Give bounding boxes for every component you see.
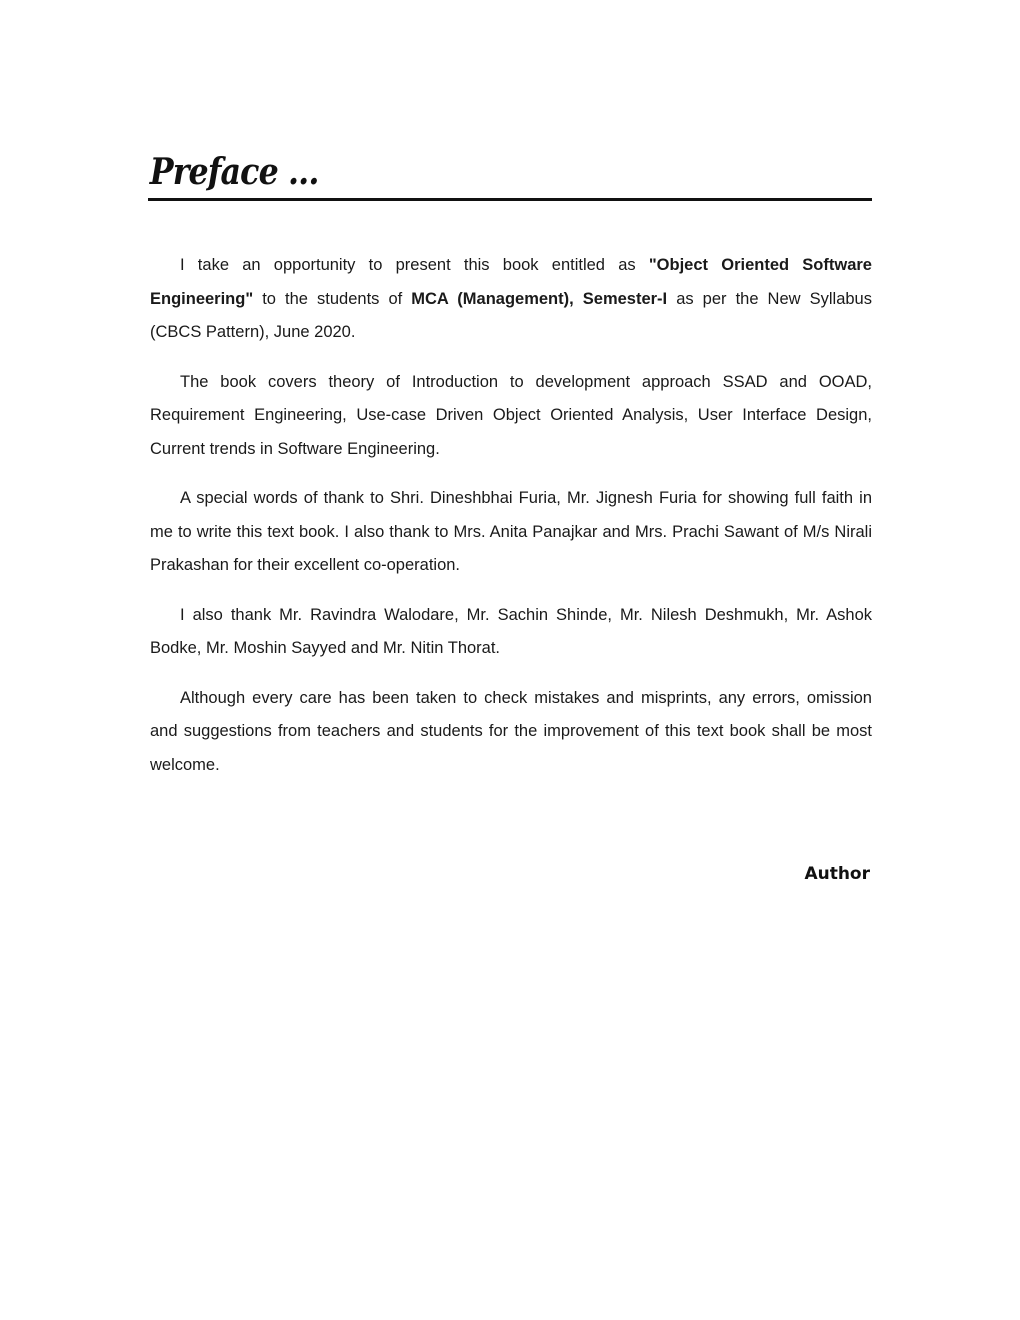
page-title: Preface ... <box>148 150 785 196</box>
paragraph-coverage: The book covers theory of Introduction t… <box>148 366 872 467</box>
paragraph-text: I also thank Mr. Ravindra Walodare, Mr. … <box>150 606 872 658</box>
paragraph-errata-request: Although every care has been taken to ch… <box>148 682 872 783</box>
paragraph-text: The book covers theory of Introduction t… <box>150 373 872 458</box>
emphasized-text: MCA (Management), Semester-I <box>411 290 667 308</box>
preface-body: I take an opportunity to present this bo… <box>148 249 872 782</box>
preface-page: Preface ... I take an opportunity to pre… <box>148 150 872 798</box>
paragraph-thanks-publisher: A special words of thank to Shri. Dinesh… <box>148 482 872 583</box>
paragraph-thanks-colleagues: I also thank Mr. Ravindra Walodare, Mr. … <box>148 599 872 666</box>
paragraph-intro: I take an opportunity to present this bo… <box>148 249 872 350</box>
paragraph-text: I take an opportunity to present this bo… <box>180 256 649 274</box>
paragraph-text: A special words of thank to Shri. Dinesh… <box>150 489 872 574</box>
title-underline-divider <box>148 198 872 201</box>
paragraph-text: Although every care has been taken to ch… <box>150 689 872 774</box>
paragraph-text: to the students of <box>253 290 411 308</box>
author-signature: Author <box>148 864 870 884</box>
